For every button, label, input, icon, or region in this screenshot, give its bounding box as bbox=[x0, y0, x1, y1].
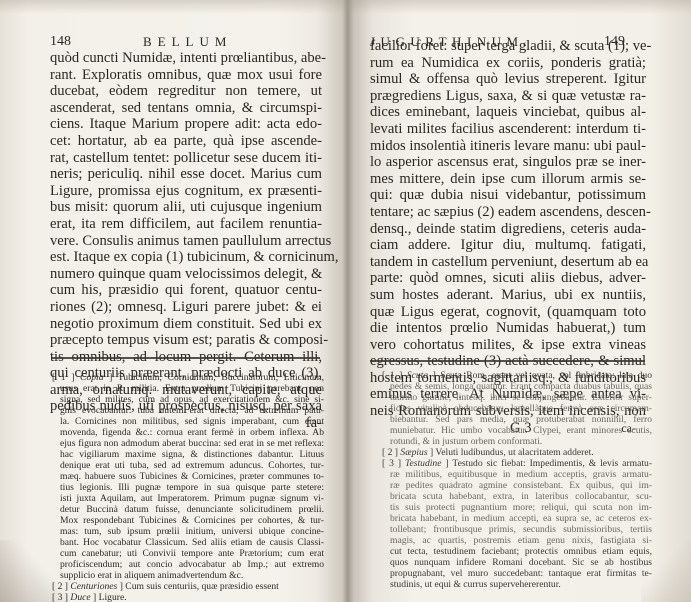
footnote-line: [ 3 ] Testudine ] Testudo sic fiebat: Im… bbox=[382, 458, 652, 469]
footnote-text: hac vigiliarum maxime signa, & distincti… bbox=[60, 449, 324, 460]
footnote-text: Veluti ludibundus, ut alacritatem addere… bbox=[435, 447, 593, 458]
footnote-text: propugnabant, vel muro succedebant: tant… bbox=[390, 568, 652, 579]
footnote-line: magis, ac quartis, postremis etiam genu … bbox=[382, 535, 652, 546]
text-line: densq., deinde statim digrediens, ceteri… bbox=[370, 221, 646, 238]
footnote-text: ejus figura non admodum aberat buccina: … bbox=[60, 438, 324, 449]
text-line: numero quinque quam velocissimos delegit… bbox=[50, 266, 322, 283]
footnote-text: Scuta Rom. erant vel ovata, vel imbricat… bbox=[440, 370, 652, 381]
text-line: erat, ita rem difficilem, aut facilem re… bbox=[50, 216, 322, 233]
left-page: 148 BELLUM quòd cuncti Numidæ, intenti p… bbox=[0, 0, 345, 602]
footnote-text: magis, ac quartis, postremis etiam genu … bbox=[390, 535, 652, 546]
footnote-line: tollebant; frontibusque primis, secundis… bbox=[382, 524, 652, 535]
footnote-text: rotundi, & in justum orbem conformati. bbox=[390, 436, 542, 447]
footnote-line: usus erat in R. militia. Extra prœlium T… bbox=[52, 383, 324, 394]
footnote-text: Cum suis centuriis, quæ præsidio essent bbox=[125, 581, 279, 592]
footnote-line: mas: tum, sub ipsum prœlii initium, univ… bbox=[52, 526, 324, 537]
footnote-text: gnis evocabantur: tuba autem erat direct… bbox=[60, 405, 324, 416]
footnote-line: bricata habebant, in medium accepti, ea … bbox=[382, 513, 652, 524]
footnote-keyword: Duce bbox=[70, 592, 90, 602]
footnote-text: Tubicinum, Cornicinum, Buccinatorum, Lit… bbox=[118, 372, 324, 383]
footnote-text: isti juxta Aquilam, aut Imperatorem. Pri… bbox=[60, 493, 324, 504]
footnote-marker: [ 1 ] bbox=[382, 370, 402, 381]
footnote-text: cum canebatur; uti Convivii tempore ante… bbox=[60, 548, 324, 559]
footnote-text: cut tecta, testudinem faciebant; protect… bbox=[390, 546, 652, 557]
footnote-text: pedes & semis, longa quatuor. Erant comp… bbox=[390, 381, 652, 392]
footnote-line: gnis evocabantur: tuba autem erat direct… bbox=[52, 405, 324, 416]
footnote-line: detur Buccinà datum fuisse, denunciante … bbox=[52, 504, 324, 515]
footnote-text: mas: tum, sub ipsum prœlii initium, univ… bbox=[60, 526, 324, 537]
footnote-text: bricata habebant, in medium accepti, ea … bbox=[390, 513, 652, 524]
footnote-text: Mox respondebant Tubicines & Cornicines … bbox=[60, 515, 324, 526]
text-line: quæ Ligus egerat, cognovit, (quamquam to… bbox=[370, 304, 646, 321]
text-line: simul & offensa quò levius streperent. I… bbox=[370, 71, 646, 88]
footnote-text: tis suis protecti pugnantium more; reliq… bbox=[390, 502, 652, 513]
footnote-text: tollebant; frontibusque primis, secundis… bbox=[390, 524, 652, 535]
footnote-text: muniebatur. Hic umbo vocabatur. Clypei, … bbox=[390, 425, 652, 436]
footnote-text: denique erat uti tuba, sed ad extremum a… bbox=[60, 460, 324, 471]
footnote-line: propugnabant, vel muro succedebant: tant… bbox=[382, 568, 652, 579]
text-line: tentare; ac sæpius (2) eadem ascendens, … bbox=[370, 204, 646, 221]
footnote-line: bant. Hoc vocabatur Classicum. Sed aliis… bbox=[52, 537, 324, 548]
footnote-text: la. Cornicines non militibus, sed signis… bbox=[60, 416, 324, 427]
page-number: 148 bbox=[50, 34, 71, 50]
footnote-line: ficies vitulinà obducebatur; lamellàque … bbox=[382, 403, 652, 414]
footnote-rule bbox=[52, 357, 320, 359]
text-line: præcepto tempus visum est; paratis & com… bbox=[50, 332, 322, 349]
footnote-text: supplicio erat in aliquem animadvertendu… bbox=[60, 570, 243, 581]
text-line: est. Itaque ex copia (1) tubicinum, & co… bbox=[50, 249, 322, 266]
text-line: sum hostes aderant. Marius, ubi ex nunti… bbox=[370, 287, 646, 304]
footnote-line: denique erat uti tuba, sed ad extremum a… bbox=[52, 460, 324, 471]
text-line: parte: quòd omnes, sicuti aliis diebus, … bbox=[370, 270, 646, 287]
footnote-text: Ligure. bbox=[99, 592, 127, 602]
text-line: rum ea Numidica ex coriis, ponderis grat… bbox=[370, 55, 646, 72]
footnote-line: biebantur. Sed pars media, quæ protubera… bbox=[382, 414, 652, 425]
footnote-keyword: Copia bbox=[80, 372, 103, 383]
footnotes-left: [ 1 ] Copia ] Tubicinum, Cornicinum, Buc… bbox=[52, 372, 324, 602]
footnote-line: [ 2 ] Sæpius ] Veluti ludibundus, ut ala… bbox=[382, 447, 652, 458]
footnotes-right: [ 1 ] Scuta ] Scuta Rom. erant vel ovata… bbox=[382, 370, 652, 590]
footnote-line: muniebatur. Hic umbo vocabatur. Clypei, … bbox=[382, 425, 652, 436]
footnote-marker: [ 1 ] bbox=[52, 372, 74, 383]
footnote-line: Mox respondebant Tubicines & Cornicines … bbox=[52, 515, 324, 526]
footnote-text: mæq. habuere suos Tubicines & Cornicines… bbox=[60, 471, 324, 482]
text-line: bus misit: quorum alii, uti cujusque ing… bbox=[50, 199, 322, 216]
footnote-text: tius legionis. Illi pugnæ tempore in sua… bbox=[60, 482, 324, 493]
footnote-text: movenda, figenda &c.: cornua erant fermè… bbox=[60, 427, 324, 438]
footnote-line: movenda, figenda &c.: cornua erant fermè… bbox=[52, 427, 324, 438]
footnote-line: hac vigiliarum maxime signa, & distincti… bbox=[52, 449, 324, 460]
footnote-text: quos nunquam infidere Romani docebant. S… bbox=[390, 557, 652, 568]
footnote-line: mæq. habuere suos Tubicines & Cornicines… bbox=[52, 471, 324, 482]
footnote-line: tius legionis. Illi pugnæ tempore in sua… bbox=[52, 482, 324, 493]
footnote-rule bbox=[370, 360, 645, 362]
footnote-text: signa, sed milites, cum ad opus, ad exer… bbox=[60, 394, 324, 405]
footnote-line: quos nunquam infidere Romani docebant. S… bbox=[382, 557, 652, 568]
footnote-line: pedes & semis, longa quatuor. Erant comp… bbox=[382, 381, 652, 392]
text-line: quòd cuncti Numidæ, intenti prœliantibus… bbox=[50, 50, 322, 67]
text-line: ciam addere. Igitur diu, multumq. fatiga… bbox=[370, 237, 646, 254]
footnote-text: ræ pedites quadrato agmine consistebant.… bbox=[390, 480, 652, 491]
footnote-keyword: Centuriones bbox=[70, 581, 117, 592]
text-line: tandem in castellum perveniunt, desertum… bbox=[370, 254, 646, 271]
text-line: facilior foret: super terga gladii, & sc… bbox=[370, 38, 646, 55]
footnote-keyword: Sæpius bbox=[400, 447, 427, 458]
footnote-marker: [ 2 ] bbox=[382, 447, 398, 458]
footnote-text: taurino glutine, linteoq. inter se conju… bbox=[390, 392, 652, 403]
text-line: mes mittere, dein ipse cum illorum armis… bbox=[370, 171, 646, 188]
footnote-line: [ 3 ] Duce ] Ligure. bbox=[52, 592, 324, 602]
text-line: levati milites facilius ascenderent: int… bbox=[370, 121, 646, 138]
footnote-text: Testudo sic fiebat: Impedimentis, & levi… bbox=[452, 458, 652, 469]
footnote-marker: [ 2 ] bbox=[52, 581, 68, 592]
footnote-line: studinis, ut equi & currus superveherere… bbox=[382, 579, 652, 590]
footnote-marker: [ 3 ] bbox=[382, 458, 401, 469]
footnote-line: cut tecta, testudinem faciebant; protect… bbox=[382, 546, 652, 557]
footnote-text: proficiscendum; aut concio advocabatur a… bbox=[60, 559, 324, 570]
footnote-line: signa, sed milites, cum ad opus, ad exer… bbox=[52, 394, 324, 405]
text-line: negotio proximum diem constituit. Sed ub… bbox=[50, 316, 322, 333]
running-title: BELLUM bbox=[143, 34, 232, 50]
text-line: cet: hortatur, ab ea parte, quà ipse asc… bbox=[50, 133, 322, 150]
text-line: vero cohortatus milites, & ipse extra vi… bbox=[370, 337, 646, 354]
running-head-left: 148 BELLUM bbox=[50, 34, 325, 50]
footnote-text: ræ militibus, equitibusque in medium acc… bbox=[390, 469, 652, 480]
footnote-line: bricata scuta habebant, extra, in lateri… bbox=[382, 491, 652, 502]
text-line: neris; periculiq. nihil esse docet. Mari… bbox=[50, 166, 322, 183]
book-spread: 148 BELLUM quòd cuncti Numidæ, intenti p… bbox=[0, 0, 691, 602]
text-line: riones (2); omnesq. Liguri parere jubet:… bbox=[50, 299, 322, 316]
text-line: ascenderat, sed tentans omnia, & circums… bbox=[50, 100, 322, 117]
footnote-line: [ 1 ] Copia ] Tubicinum, Cornicinum, Buc… bbox=[52, 372, 324, 383]
footnote-marker: [ 3 ] bbox=[52, 592, 68, 602]
text-line: cum his, præsidio qui forent, quatuor ce… bbox=[50, 282, 322, 299]
footnote-line: supplicio erat in aliquem animadvertendu… bbox=[52, 570, 324, 581]
footnote-text: bricata scuta habebant, extra, in lateri… bbox=[390, 491, 652, 502]
footnote-line: rotundi, & in justum orbem conformati. bbox=[382, 436, 652, 447]
right-page: JUGURTHINUM. 149 facilior foret: super t… bbox=[345, 0, 691, 602]
footnote-line: ræ militibus, equitibusque in medium acc… bbox=[382, 469, 652, 480]
footnote-text: studinis, ut equi & currus superveherere… bbox=[390, 579, 561, 590]
footnote-line: proficiscendum; aut concio advocabatur a… bbox=[52, 559, 324, 570]
footnote-text: detur Buccinà datum fuisse, denunciante … bbox=[60, 504, 324, 515]
footnote-line: isti juxta Aquilam, aut Imperatorem. Pri… bbox=[52, 493, 324, 504]
text-line: lo asperior ascensus erat, singulos præ … bbox=[370, 154, 646, 171]
text-line: vere. Consulis animus tamen paullulum ar… bbox=[50, 233, 322, 250]
text-line: ducebat, eòdem regreditur non temere, ut bbox=[50, 83, 322, 100]
footnote-text: bant. Hoc vocabatur Classicum. Sed aliis… bbox=[60, 537, 324, 548]
footnote-line: taurino glutine, linteoq. inter se conju… bbox=[382, 392, 652, 403]
footnote-line: la. Cornicines non militibus, sed signis… bbox=[52, 416, 324, 427]
footnote-line: [ 2 ] Centuriones ] Cum suis centuriis, … bbox=[52, 581, 324, 592]
text-line: die intentos prœlio Numidas habuerat,) t… bbox=[370, 320, 646, 337]
footnote-text: ficies vitulinà obducebatur; lamellàque … bbox=[390, 403, 652, 414]
footnote-line: ejus figura non admodum aberat buccina: … bbox=[52, 438, 324, 449]
footnote-line: [ 1 ] Scuta ] Scuta Rom. erant vel ovata… bbox=[382, 370, 652, 381]
footnote-text: usus erat in R. militia. Extra prœlium T… bbox=[60, 383, 324, 394]
text-line: ciens. Itaque Marium propere adit: acta … bbox=[50, 116, 322, 133]
text-line: midos insolentià itineris levare manu: u… bbox=[370, 138, 646, 155]
text-line: Ligure, promissa ejus cognitum, ex præse… bbox=[50, 183, 322, 200]
footnote-line: tis suis protecti pugnantium more; reliq… bbox=[382, 502, 652, 513]
footnote-line: ræ pedites quadrato agmine consistebant.… bbox=[382, 480, 652, 491]
footnote-keyword: Testudine bbox=[405, 458, 441, 469]
footnote-line: cum canebatur; uti Convivii tempore ante… bbox=[52, 548, 324, 559]
text-line: rat, castellum tentet: pollicetur sese d… bbox=[50, 150, 322, 167]
text-line: qui: quæ dubia nisui videbantur, potissi… bbox=[370, 187, 646, 204]
text-line: prægrediens Ligus, saxa, & si quæ vetust… bbox=[370, 88, 646, 105]
text-line: dices eminebant, laqueis vinciebat, quib… bbox=[370, 104, 646, 121]
text-line: rant. Exploratis omnibus, quæ mox usui f… bbox=[50, 67, 322, 84]
footnote-keyword: Scuta bbox=[407, 370, 428, 381]
footnote-text: biebantur. Sed pars media, quæ protubera… bbox=[390, 414, 652, 425]
